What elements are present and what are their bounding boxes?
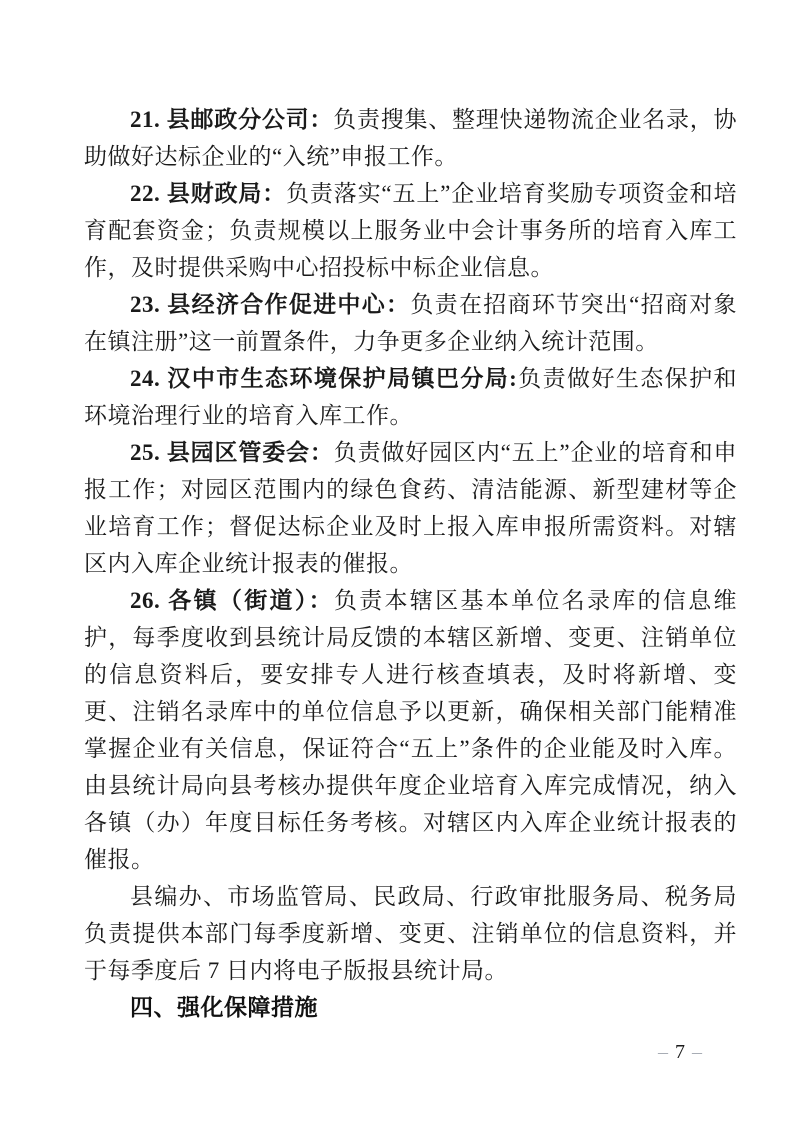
paragraph-21-lead: 21. 县邮政分公司：: [130, 107, 333, 132]
document-body: 21. 县邮政分公司：负责搜集、整理快递物流企业名录，协助做好达标企业的“入统”…: [84, 101, 737, 1026]
section-heading: 四、强化保障措施: [84, 989, 737, 1026]
page-number: –7–: [651, 1040, 709, 1064]
paragraph-22: 22. 县财政局：负责落实“五上”企业培育奖励专项资金和培育配套资金；负责规模以…: [84, 175, 737, 286]
paragraph-26: 26. 各镇（街道）：负责本辖区基本单位名录库的信息维护，每季度收到县统计局反馈…: [84, 582, 737, 878]
paragraph-23: 23. 县经济合作促进中心：负责在招商环节突出“招商对象在镇注册”这一前置条件，…: [84, 286, 737, 360]
document-page: 21. 县邮政分公司：负责搜集、整理快递物流企业名录，协助做好达标企业的“入统”…: [0, 0, 793, 1122]
paragraph-25: 25. 县园区管委会：负责做好园区内“五上”企业的培育和申报工作；对园区范围内的…: [84, 434, 737, 582]
paragraph-24-lead: 24. 汉中市生态环境保护局镇巴分局:: [130, 366, 517, 391]
paragraph-26-lead: 26. 各镇（街道）：: [130, 588, 334, 613]
page-number-value: 7: [675, 1041, 685, 1063]
paragraph-25-lead: 25. 县园区管委会：: [130, 440, 334, 465]
paragraph-departments: 县编办、市场监管局、民政局、行政审批服务局、税务局负责提供本部门每季度新增、变更…: [84, 878, 737, 989]
paragraph-24: 24. 汉中市生态环境保护局镇巴分局:负责做好生态保护和环境治理行业的培育入库工…: [84, 360, 737, 434]
paragraph-26-text: 负责本辖区基本单位名录库的信息维护，每季度收到县统计局反馈的本辖区新增、变更、注…: [84, 588, 737, 872]
page-number-left-dash: –: [658, 1041, 668, 1063]
paragraph-21: 21. 县邮政分公司：负责搜集、整理快递物流企业名录，协助做好达标企业的“入统”…: [84, 101, 737, 175]
paragraph-departments-text: 县编办、市场监管局、民政局、行政审批服务局、税务局负责提供本部门每季度新增、变更…: [84, 884, 737, 983]
paragraph-23-lead: 23. 县经济合作促进中心：: [130, 292, 410, 317]
page-number-right-dash: –: [692, 1041, 702, 1063]
paragraph-22-lead: 22. 县财政局：: [130, 181, 286, 206]
